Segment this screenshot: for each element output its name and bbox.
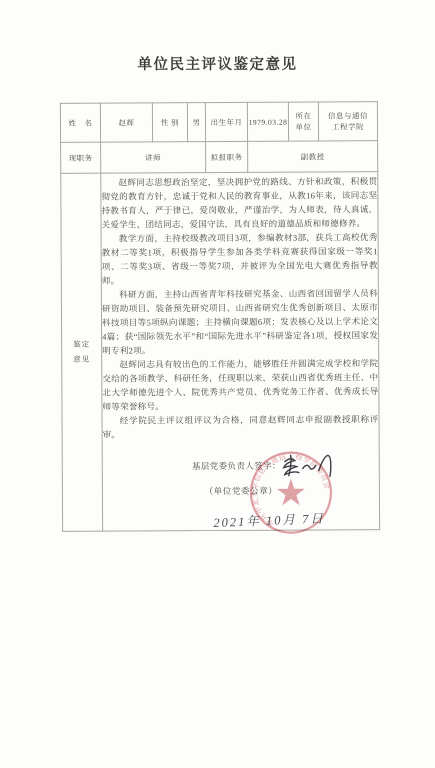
appraisal-content-cell: 赵辉同志思想政治坚定，坚决拥护党的路线、方针和政策，积极贯彻党的教育方针，忠诚于… [101,172,380,531]
proposed-post-value: 副教授 [248,141,378,173]
appraisal-paragraph: 赵辉同志思想政治坚定，坚决拥护党的路线、方针和政策，积极贯彻党的教育方针，忠诚于… [101,174,377,231]
name-value: 赵辉 [100,103,152,142]
appraisal-paragraph: 教学方面，主持校级教改项目3项，参编教材3部，获兵工高校优秀教材二等奖1项，积极… [102,230,378,287]
appraisal-label-line1: 鉴定 [62,338,101,352]
unit-label-line2: 单位 [289,121,318,132]
appraisal-paragraph: 赵辉同志具有较出色的工作能力，能够胜任并圆满完成学校和学院交给的各项教学、科研任… [102,356,378,413]
birthdate-label: 出生年月 [205,102,247,141]
signature-line-label: 基层党委负责人签字： [192,459,281,471]
birthdate-value: 1979.03.28 [247,102,288,141]
current-post-value: 讲师 [101,142,206,174]
name-label: 姓 名 [60,103,100,142]
handwritten-date: 2021年 10月 7日 [131,505,408,534]
unit-value-text: 信息与通信工程学院 [327,110,369,133]
appraisal-paragraph: 科研方面，主持山西省青年科技研究基金、山西省回国留学人员科研资助项目、装备预先研… [102,286,378,357]
page-title: 单位民主评议鉴定意见 [0,0,435,74]
unit-label-line1: 所在 [289,110,318,121]
signature-line: 基层党委负责人签字： [103,454,379,477]
table-row: 现职务 讲师 拟报职务 副教授 [61,141,378,174]
unit-seal-note: （单位党委公章） [103,484,379,497]
table-row: 鉴定 意见 赵辉同志思想政治坚定，坚决拥护党的路线、方针和政策，积极贯彻党的教育… [61,172,380,532]
signature-block: 基层党委负责人签字： （单位党委公章） 202 [103,454,379,529]
appraisal-section-label: 鉴定 意见 [61,173,103,531]
proposed-post-label: 拟报职务 [206,141,248,172]
gender-label: 性 别 [152,103,187,142]
table-row: 姓 名 赵辉 性 别 男 出生年月 1979.03.28 所在 单位 信息与通信… [60,102,377,143]
appraisal-form-table: 姓 名 赵辉 性 别 男 出生年月 1979.03.28 所在 单位 信息与通信… [60,101,380,532]
appraisal-paragraph: 经学院民主评议组评议为合格，同意赵辉同志申报副教授职称评审。 [103,412,379,441]
scanned-document-page: 单位民主评议鉴定意见 姓 名 赵辉 性 别 男 出生年月 1979.03.28 … [0,0,435,768]
form-sheet: 姓 名 赵辉 性 别 男 出生年月 1979.03.28 所在 单位 信息与通信… [60,101,379,532]
unit-label: 所在 单位 [288,102,318,141]
appraisal-label-line2: 意见 [62,352,101,366]
current-post-label: 现职务 [61,142,101,173]
gender-value: 男 [187,103,205,142]
handwritten-signature [279,452,341,478]
unit-value: 信息与通信工程学院 [318,102,377,141]
